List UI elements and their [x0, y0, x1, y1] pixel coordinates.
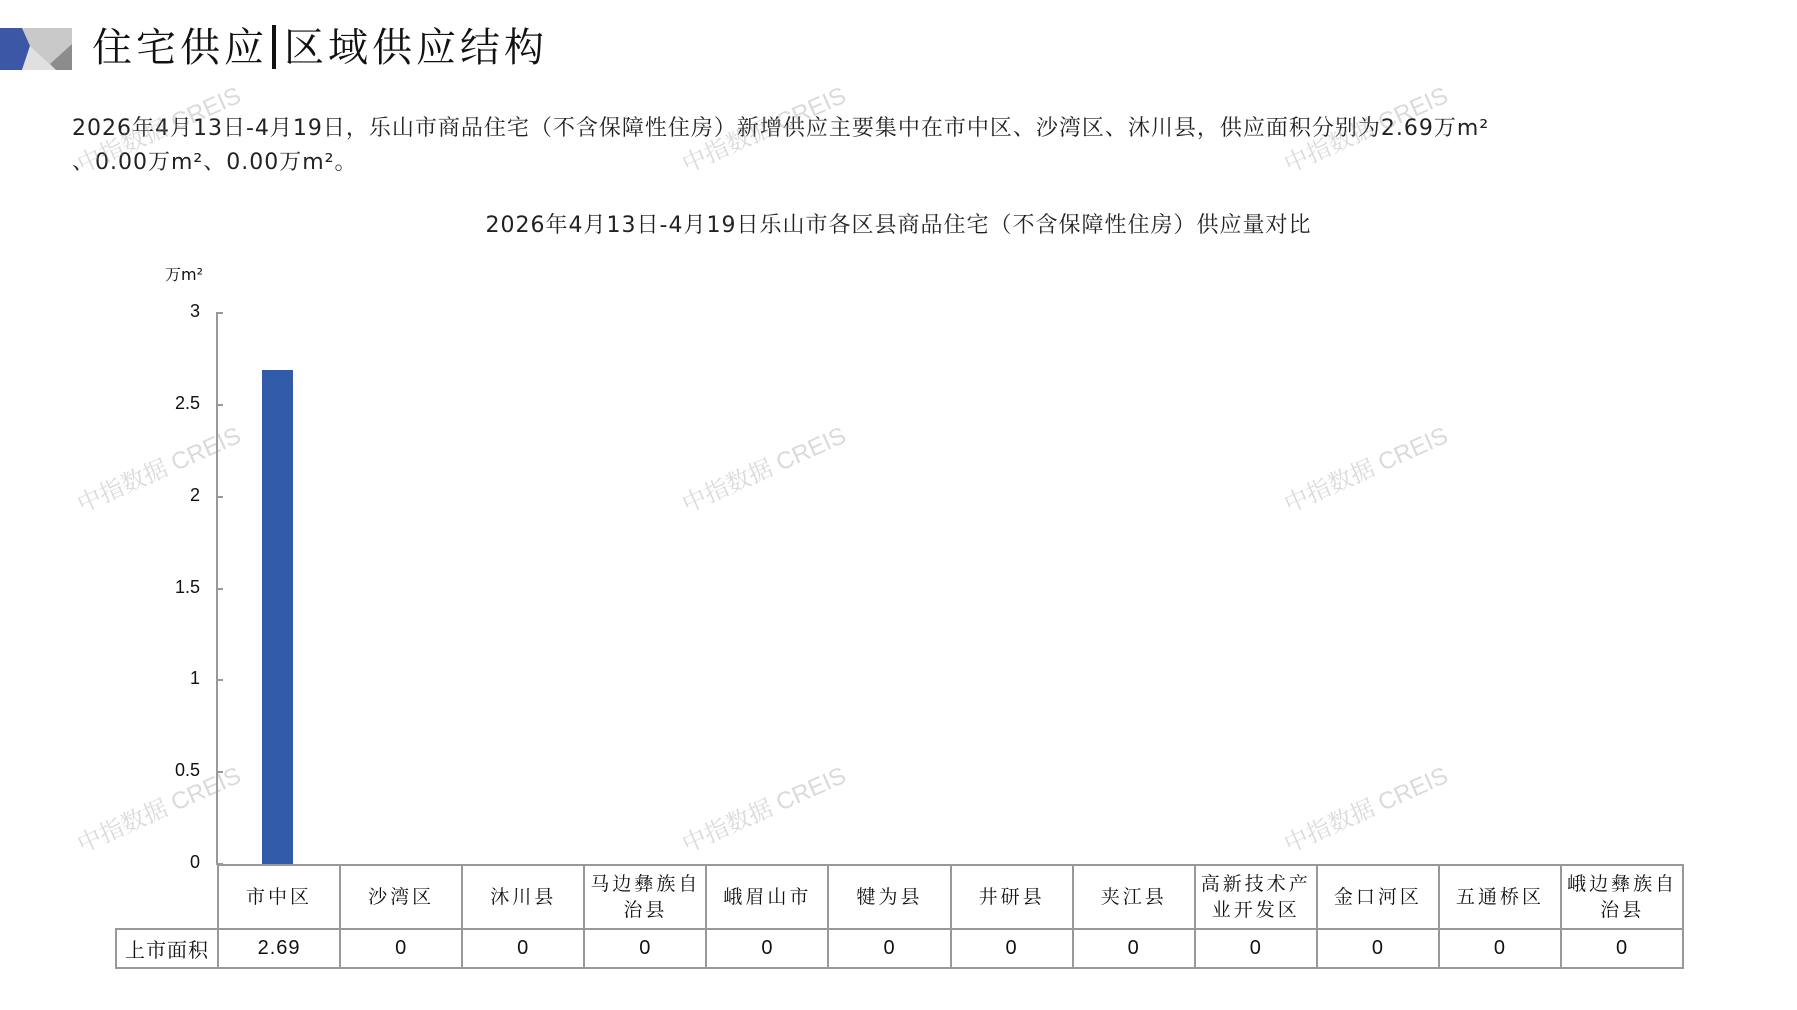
y-tick-label: 2.5 — [140, 393, 200, 414]
chart-title: 2026年4月13日-4月19日乐山市各区县商品住宅（不含保障性住房）供应量对比 — [0, 208, 1797, 239]
summary-line-1: 2026年4月13日-4月19日，乐山市商品住宅（不含保障性住房）新增供应主要集… — [72, 112, 1732, 146]
page-title-section: 住宅供应 — [92, 25, 268, 71]
y-tick — [216, 496, 223, 498]
category-cell: 马边彝族自治县 — [584, 865, 706, 929]
value-cell: 0 — [1073, 929, 1195, 968]
y-tick-label: 2 — [140, 485, 200, 506]
value-cell: 0 — [828, 929, 950, 968]
summary-text: 2026年4月13日-4月19日，乐山市商品住宅（不含保障性住房）新增供应主要集… — [72, 112, 1732, 180]
y-tick — [216, 679, 223, 681]
y-tick-label: 3 — [140, 301, 200, 322]
watermark: 中指数据 CREIS — [675, 416, 850, 520]
category-cell: 市中区 — [218, 865, 340, 929]
watermark: 中指数据 CREIS — [675, 756, 850, 860]
value-cell: 0 — [1439, 929, 1561, 968]
y-tick-label: 1.5 — [140, 577, 200, 598]
value-cell: 0 — [706, 929, 828, 968]
value-cell: 2.69 — [218, 929, 340, 968]
page-title-subsection: 区域供应结构 — [284, 25, 548, 71]
category-label: 马边彝族自 — [585, 871, 705, 897]
category-label: 金口河区 — [1318, 884, 1438, 910]
value-cell: 0 — [1195, 929, 1317, 968]
watermark: 中指数据 CREIS — [1277, 416, 1452, 520]
title-divider — [272, 25, 276, 69]
category-cell: 峨眉山市 — [706, 865, 828, 929]
category-label: 治县 — [1562, 897, 1682, 923]
category-cell: 井研县 — [951, 865, 1073, 929]
watermark: 中指数据 CREIS — [1277, 756, 1452, 860]
value-cell: 0 — [951, 929, 1073, 968]
category-label: 峨眉山市 — [707, 884, 827, 910]
category-cell: 高新技术产业开发区 — [1195, 865, 1317, 929]
category-cell: 夹江县 — [1073, 865, 1195, 929]
row-label: 上市面积 — [116, 929, 218, 968]
y-tick — [216, 771, 223, 773]
table-corner — [116, 865, 218, 929]
category-label: 犍为县 — [829, 884, 949, 910]
bar-0 — [262, 370, 293, 864]
y-tick-label: 1 — [140, 668, 200, 689]
y-tick — [216, 312, 223, 314]
category-cell: 五通桥区 — [1439, 865, 1561, 929]
page-title: 住宅供应区域供应结构 — [92, 22, 548, 74]
y-axis-unit: 万m² — [165, 262, 203, 285]
category-label: 市中区 — [219, 884, 339, 910]
category-label: 五通桥区 — [1440, 884, 1560, 910]
category-label: 沐川县 — [463, 884, 583, 910]
category-label: 治县 — [585, 897, 705, 923]
category-cell: 沐川县 — [462, 865, 584, 929]
y-tick — [216, 404, 223, 406]
value-cell: 0 — [462, 929, 584, 968]
value-cell: 0 — [340, 929, 462, 968]
category-label: 高新技术产 — [1196, 871, 1316, 897]
category-label: 夹江县 — [1074, 884, 1194, 910]
value-cell: 0 — [584, 929, 706, 968]
category-label: 峨边彝族自 — [1562, 871, 1682, 897]
summary-line-2: 、0.00万m²、0.00万m²。 — [72, 146, 1732, 180]
category-cell: 金口河区 — [1317, 865, 1439, 929]
y-tick — [216, 588, 223, 590]
category-cell: 沙湾区 — [340, 865, 462, 929]
category-label: 沙湾区 — [341, 884, 461, 910]
brand-logo-icon — [0, 28, 72, 70]
value-row: 上市面积 2.6900000000000 — [116, 929, 1683, 968]
data-table: 市中区沙湾区沐川县马边彝族自治县峨眉山市犍为县井研县夹江县高新技术产业开发区金口… — [115, 864, 1684, 969]
value-cell: 0 — [1317, 929, 1439, 968]
category-cell: 峨边彝族自治县 — [1561, 865, 1683, 929]
value-cell: 0 — [1561, 929, 1683, 968]
y-tick-label: 0.5 — [140, 760, 200, 781]
category-row: 市中区沙湾区沐川县马边彝族自治县峨眉山市犍为县井研县夹江县高新技术产业开发区金口… — [116, 865, 1683, 929]
category-label: 业开发区 — [1196, 897, 1316, 923]
category-cell: 犍为县 — [828, 865, 950, 929]
category-label: 井研县 — [952, 884, 1072, 910]
